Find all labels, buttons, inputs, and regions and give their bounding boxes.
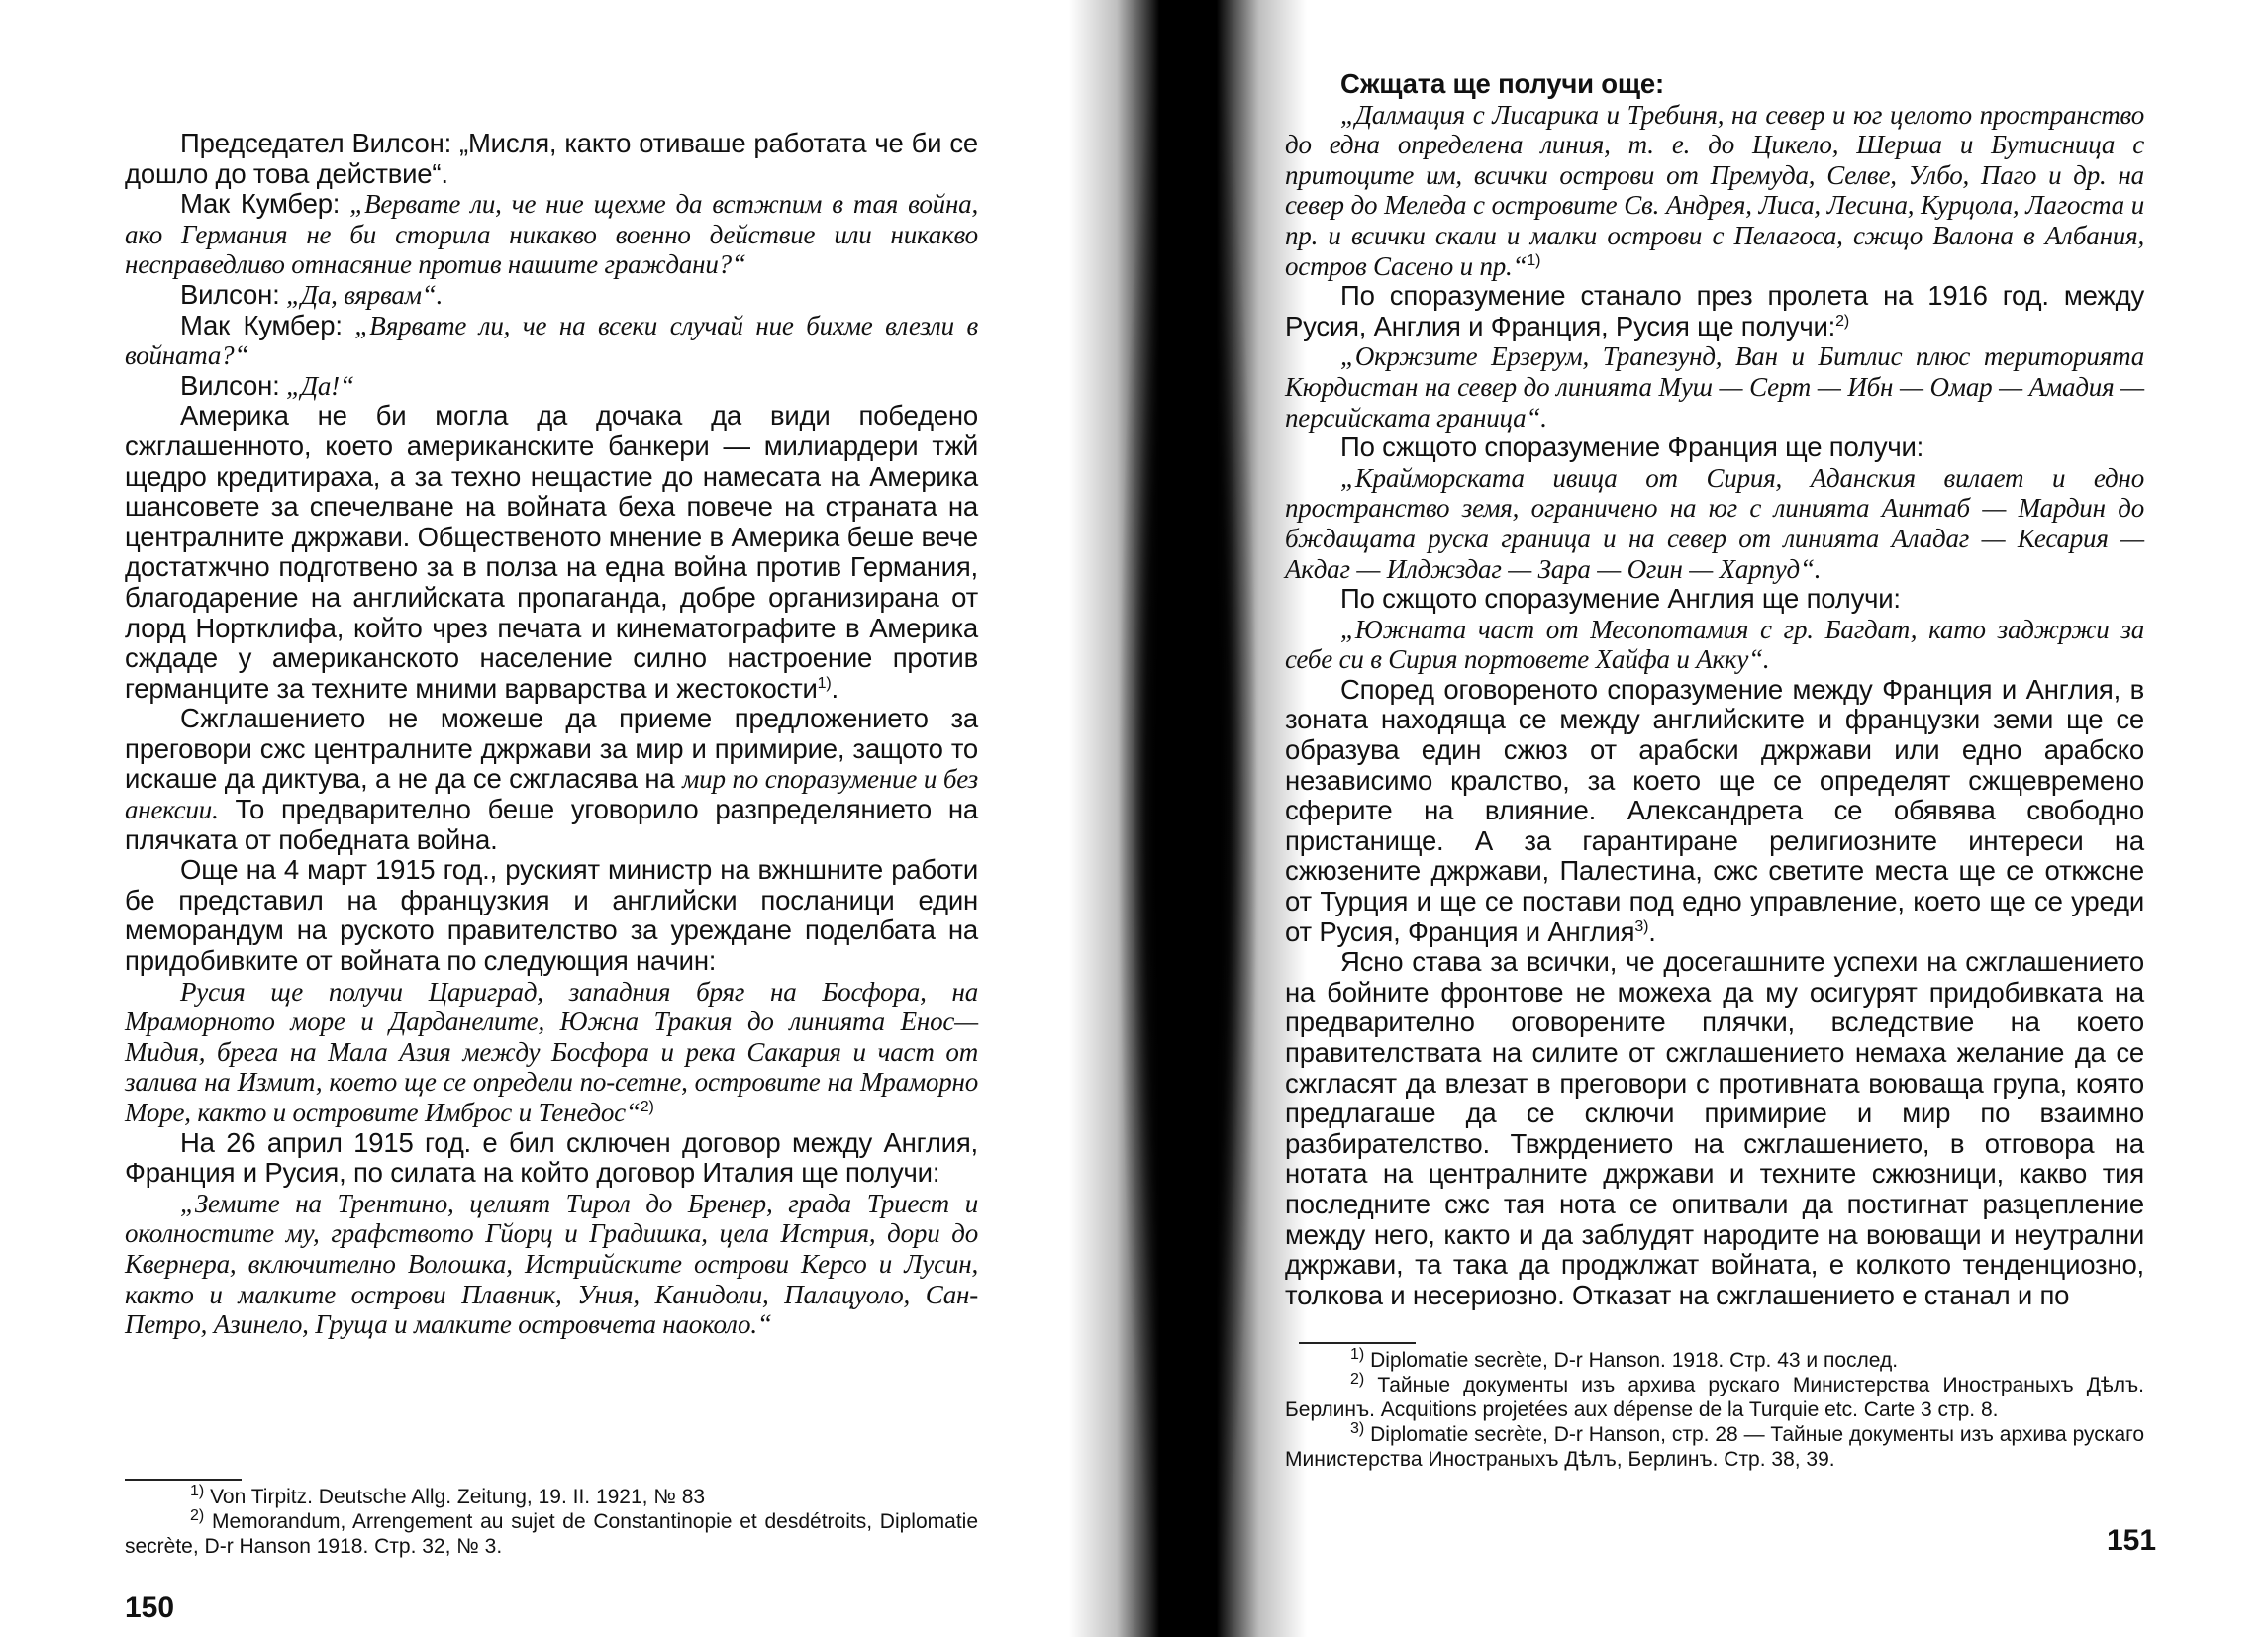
- paragraph: Ясно става за всички, че досегашните усп…: [1285, 947, 2144, 1310]
- page-number: 151: [2107, 1524, 2156, 1558]
- paragraph: Русия ще получи Цариград, западния бряг …: [125, 977, 978, 1128]
- paragraph: „Крайморската ивица от Сирия, Аданския в…: [1285, 463, 2144, 584]
- footnote: 1) Von Tirpitz. Deutsche Allg. Zeitung, …: [125, 1485, 978, 1509]
- paragraph: По сжщото споразумение Англия ще получи:: [1285, 584, 2144, 615]
- paragraph: „Южната част от Месопотамия с гр. Багдат…: [1285, 615, 2144, 675]
- speaker-label: Вилсон:: [180, 279, 280, 310]
- right-footnotes: 1) Diplomatie secrète, D-r Hanson. 1918.…: [1285, 1348, 2144, 1472]
- paragraph: „Далмация с Лисарика и Требиня, на север…: [1285, 100, 2144, 282]
- paragraph: „Окржзите Ерзерум, Трапезунд, Ван и Битл…: [1285, 341, 2144, 433]
- left-footnotes: 1) Von Tirpitz. Deutsche Allg. Zeitung, …: [125, 1485, 978, 1559]
- paragraph: Вилсон: „Да, вярвам“.: [125, 280, 978, 311]
- paragraph: Мак Кумбер: „Вярвате ли, че на всеки слу…: [125, 311, 978, 371]
- paragraph: „Земите на Трентино, целият Тирол до Бре…: [125, 1189, 978, 1340]
- paragraph: Сжглашението не можеше да приеме предлож…: [125, 704, 978, 855]
- paragraph: Мак Кумбер: „Вервате ли, че ние щехме да…: [125, 189, 978, 280]
- paragraph: Още на 4 март 1915 год., руският министр…: [125, 855, 978, 976]
- section-heading: Сжщата ще получи още:: [1285, 69, 2144, 100]
- footnote: 3) Diplomatie secrète, D-r Hanson, стр. …: [1285, 1422, 2144, 1472]
- paragraph: Председател Вилсон: „Мисля, както отиваш…: [125, 129, 978, 189]
- right-page: Сжщата ще получи още: „Далмация с Лисари…: [1285, 0, 2144, 1637]
- paragraph: По споразумение станало през пролета на …: [1285, 281, 2144, 341]
- left-page: Председател Вилсон: „Мисля, както отиваш…: [125, 0, 978, 1637]
- paragraph: По сжщото споразумение Франция ще получи…: [1285, 433, 2144, 463]
- speaker-label: Вилсон:: [180, 370, 280, 401]
- paragraph: На 26 април 1915 год. е бил сключен дого…: [125, 1128, 978, 1189]
- page-number: 150: [125, 1591, 174, 1625]
- speaker-label: Мак Кумбер:: [180, 188, 340, 219]
- footnote: 2) Тайные документы изъ архива рускаго М…: [1285, 1373, 2144, 1422]
- book-spread: Председател Вилсон: „Мисля, както отиваш…: [0, 0, 2268, 1637]
- footnote: 1) Diplomatie secrète, D-r Hanson. 1918.…: [1285, 1348, 2144, 1373]
- book-gutter-shadow: [1069, 0, 1307, 1637]
- footnote-ref: 1): [818, 675, 832, 692]
- footnote-ref: 1): [1527, 251, 1540, 268]
- footnote-divider: [125, 1479, 242, 1481]
- footnote-divider: [1299, 1342, 1416, 1344]
- right-page-body: Сжщата ще получи още: „Далмация с Лисари…: [1285, 69, 2144, 1310]
- paragraph: Америка не би могла да дочака да види по…: [125, 401, 978, 704]
- footnote-ref: 2): [641, 1099, 654, 1115]
- paragraph: Вилсон: „Да!“: [125, 371, 978, 402]
- speaker-label: Мак Кумбер:: [180, 310, 343, 340]
- left-page-body: Председател Вилсон: „Мисля, както отиваш…: [125, 129, 978, 1340]
- footnote-ref: 2): [1835, 313, 1849, 330]
- footnote-ref: 3): [1634, 917, 1648, 934]
- speaker-label: Председател Вилсон:: [180, 128, 451, 158]
- footnote: 2) Memorandum, Arrengement au sujet de C…: [125, 1509, 978, 1559]
- paragraph: Според оговореното споразумение между Фр…: [1285, 675, 2144, 947]
